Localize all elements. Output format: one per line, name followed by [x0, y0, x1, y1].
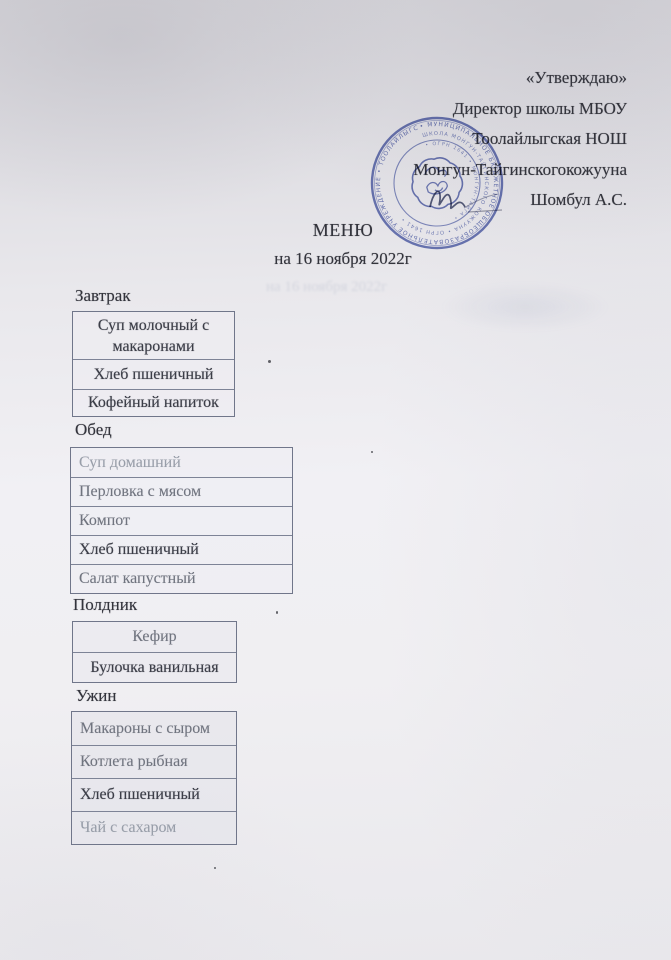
menu-item-row: Хлеб пшеничный [73, 359, 234, 389]
paper-speck [214, 867, 216, 869]
menu-item-text: Салат капустный [79, 570, 196, 588]
scanned-menu-page: «Утверждаю» Директор школы МБОУ Тоолайлы… [0, 0, 671, 960]
menu-item-row: Суп молочный с макаронами [73, 312, 234, 359]
bleed-through-smudge [440, 282, 610, 332]
dinner-table: Макароны с сыром Котлета рыбная Хлеб пше… [71, 711, 237, 845]
menu-item-text: Хлеб пшеничный [94, 366, 214, 384]
paper-speck [371, 451, 373, 453]
menu-item-text: Булочка ванильная [90, 659, 218, 677]
menu-item-row: Булочка ванильная [73, 652, 236, 682]
menu-item-row: Кофейный напиток [73, 389, 234, 416]
section-label-lunch: Обед [75, 420, 112, 440]
menu-item-row: Хлеб пшеничный [72, 778, 236, 811]
menu-item-text: Суп молочный с макаронами [73, 315, 234, 357]
paper-speck [268, 360, 271, 363]
menu-item-text: Макароны с сыром [80, 720, 210, 738]
bleed-through-date: на 16 ноября 2022г [266, 279, 387, 296]
menu-item-text: Суп домашний [79, 454, 181, 472]
title-block: МЕНЮ на 16 ноября 2022г [238, 220, 448, 269]
menu-item-row: Кефир [73, 622, 236, 652]
menu-item-text: Перловка с мясом [79, 483, 201, 501]
section-label-snack: Полдник [73, 595, 137, 615]
menu-item-text: Чай с сахаром [80, 819, 176, 837]
menu-item-row: Котлета рыбная [72, 745, 236, 778]
snack-table: Кефир Булочка ванильная [72, 621, 237, 683]
menu-item-text: Кофейный напиток [88, 394, 219, 412]
menu-item-text: Компот [79, 512, 130, 530]
menu-title: МЕНЮ [238, 220, 448, 241]
menu-item-text: Кефир [132, 628, 176, 646]
menu-item-row: Макароны с сыром [72, 712, 236, 745]
section-label-breakfast: Завтрак [75, 286, 131, 306]
breakfast-table: Суп молочный с макаронами Хлеб пшеничный… [72, 311, 235, 417]
menu-item-text: Хлеб пшеничный [80, 786, 200, 804]
menu-item-text: Котлета рыбная [80, 753, 188, 771]
lunch-table: Суп домашний Перловка с мясом Компот Хле… [70, 447, 293, 594]
paper-speck [276, 611, 278, 614]
menu-date: на 16 ноября 2022г [238, 249, 448, 269]
approval-line-utverzhdayu: «Утверждаю» [297, 63, 627, 94]
menu-item-row: Хлеб пшеничный [71, 535, 292, 564]
menu-item-text: Хлеб пшеничный [79, 541, 199, 559]
menu-item-row: Чай с сахаром [72, 811, 236, 844]
menu-item-row: Суп домашний [71, 448, 292, 477]
menu-item-row: Салат капустный [71, 564, 292, 593]
section-label-dinner: Ужин [76, 686, 116, 706]
menu-item-row: Перловка с мясом [71, 477, 292, 506]
menu-item-row: Компот [71, 506, 292, 535]
signature-scribble-icon [424, 181, 536, 217]
